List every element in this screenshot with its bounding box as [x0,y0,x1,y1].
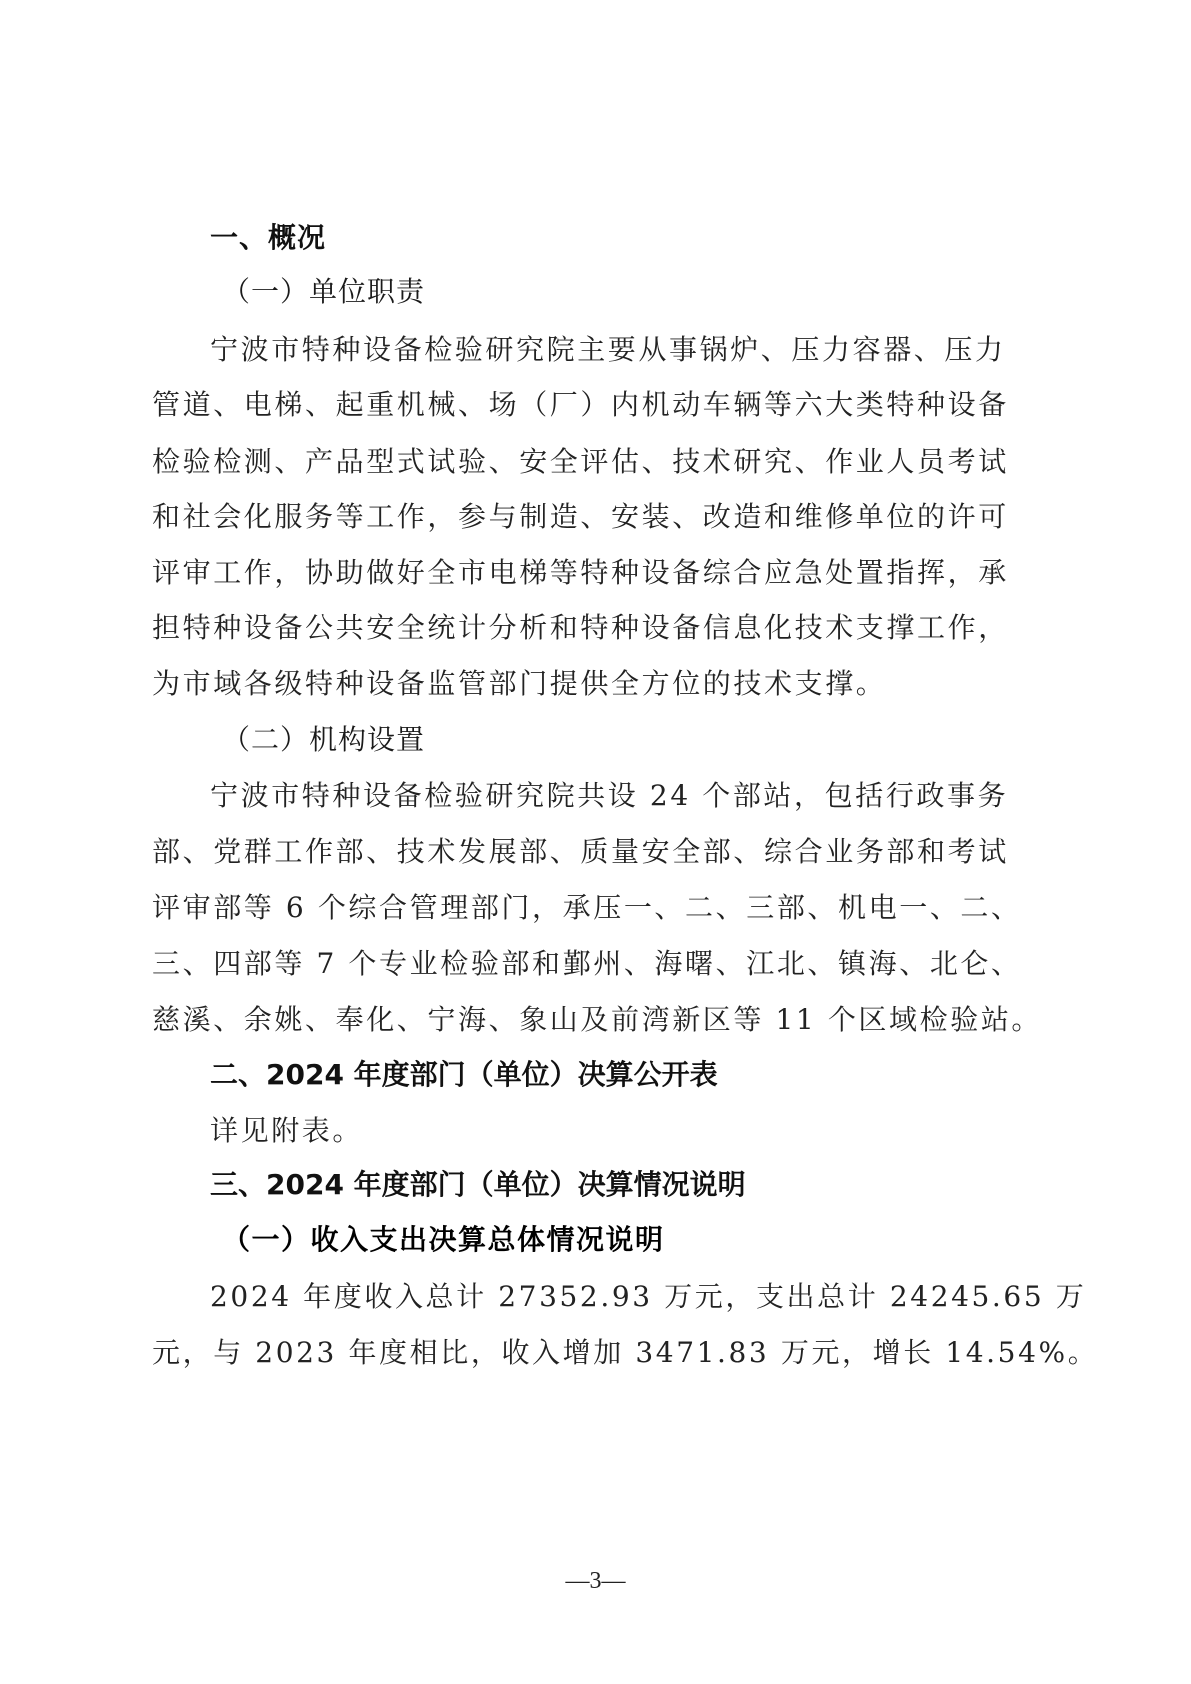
paragraph-line: 宁波市特种设备检验研究院主要从事锅炉、压力容器、压力 [210,330,1032,370]
section-1-heading: 一、概况 [210,218,1032,258]
section-2-body: 详见附表。 [210,1111,1032,1151]
paragraph-line: 2024 年度收入总计 27352.93 万元，支出总计 24245.65 万 [210,1277,1032,1317]
paragraph-line: 元，与 2023 年度相比，收入增加 3471.83 万元，增长 14.54%。 [152,1333,974,1373]
paragraph-line: 评审部等 6 个综合管理部门，承压一、二、三部、机电一、二、 [152,888,974,928]
section-1-sub-1-heading: （一）单位职责 [222,272,1044,312]
section-3-heading: 三、2024 年度部门（单位）决算情况说明 [210,1165,1032,1205]
page-number: —3— [0,1566,1191,1596]
section-2-heading: 二、2024 年度部门（单位）决算公开表 [210,1055,1032,1095]
paragraph-line: 检验检测、产品型式试验、安全评估、技术研究、作业人员考试 [152,442,974,482]
paragraph-line: 和社会化服务等工作，参与制造、安装、改造和维修单位的许可 [152,497,974,537]
paragraph-line: 为市域各级特种设备监管部门提供全方位的技术支撑。 [152,664,974,704]
paragraph-line: 部、党群工作部、技术发展部、质量安全部、综合业务部和考试 [152,832,974,872]
paragraph-line: 担特种设备公共安全统计分析和特种设备信息化技术支撑工作， [152,608,974,648]
section-1-sub-2-heading: （二）机构设置 [222,720,1044,760]
paragraph-line: 慈溪、余姚、奉化、宁海、象山及前湾新区等 11 个区域检验站。 [152,1000,974,1040]
paragraph-line: 评审工作，协助做好全市电梯等特种设备综合应急处置指挥，承 [152,553,974,593]
document-page: 一、概况 （一）单位职责 宁波市特种设备检验研究院主要从事锅炉、压力容器、压力 … [0,0,1191,1684]
section-3-sub-1-heading: （一）收入支出决算总体情况说明 [222,1220,1044,1260]
paragraph-line: 管道、电梯、起重机械、场（厂）内机动车辆等六大类特种设备 [152,385,974,425]
paragraph-line: 宁波市特种设备检验研究院共设 24 个部站，包括行政事务 [210,776,1032,816]
paragraph-line: 三、四部等 7 个专业检验部和鄞州、海曙、江北、镇海、北仑、 [152,944,974,984]
